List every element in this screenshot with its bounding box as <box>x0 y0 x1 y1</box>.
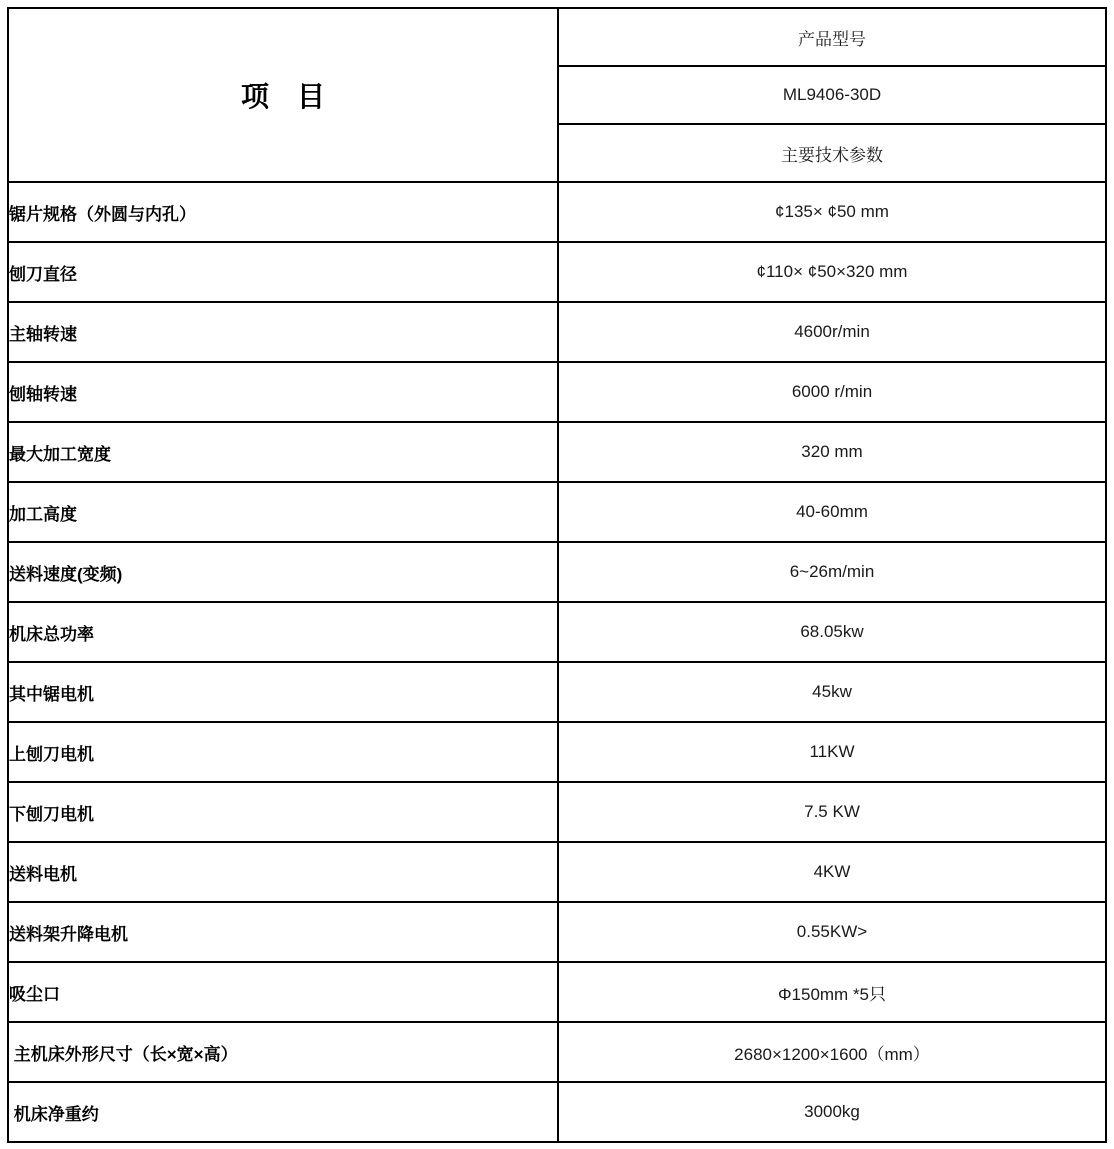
model-number-cell: ML9406-30D <box>558 66 1106 124</box>
table-row: 主轴转速 4600r/min <box>8 302 1106 362</box>
spec-table: 项 目 产品型号 ML9406-30D 主要技术参数 锯片规格（外圆与内孔） ¢… <box>7 7 1107 1143</box>
table-row: 加工高度 40-60mm <box>8 482 1106 542</box>
table-row: 刨轴转速 6000 r/min <box>8 362 1106 422</box>
row-value: 4KW <box>558 842 1106 902</box>
table-row: 锯片规格（外圆与内孔） ¢135× ¢50 mm <box>8 182 1106 242</box>
table-row: 主机床外形尺寸（长×宽×高） 2680×1200×1600（mm） <box>8 1022 1106 1082</box>
row-label: 机床总功率 <box>8 602 558 662</box>
row-value: 3000kg <box>558 1082 1106 1142</box>
row-label: 机床净重约 <box>8 1082 558 1142</box>
table-row: 机床净重约 3000kg <box>8 1082 1106 1142</box>
row-label: 主机床外形尺寸（长×宽×高） <box>8 1022 558 1082</box>
row-label: 刨刀直径 <box>8 242 558 302</box>
row-value: Φ150mm *5只 <box>558 962 1106 1022</box>
page: 项 目 产品型号 ML9406-30D 主要技术参数 锯片规格（外圆与内孔） ¢… <box>0 0 1114 1149</box>
row-label: 锯片规格（外圆与内孔） <box>8 182 558 242</box>
row-label: 吸尘口 <box>8 962 558 1022</box>
row-label: 刨轴转速 <box>8 362 558 422</box>
row-label: 送料速度(变频) <box>8 542 558 602</box>
row-value: 68.05kw <box>558 602 1106 662</box>
row-value: 7.5 KW <box>558 782 1106 842</box>
row-value: 4600r/min <box>558 302 1106 362</box>
table-row: 送料速度(变频) 6~26m/min <box>8 542 1106 602</box>
row-label: 送料架升降电机 <box>8 902 558 962</box>
row-value: 6000 r/min <box>558 362 1106 422</box>
row-value: 0.55KW> <box>558 902 1106 962</box>
table-row: 上刨刀电机 11KW <box>8 722 1106 782</box>
tech-params-header-cell: 主要技术参数 <box>558 124 1106 182</box>
table-row: 送料架升降电机 0.55KW> <box>8 902 1106 962</box>
table-row: 下刨刀电机 7.5 KW <box>8 782 1106 842</box>
row-label: 最大加工宽度 <box>8 422 558 482</box>
table-row: 机床总功率 68.05kw <box>8 602 1106 662</box>
row-label: 上刨刀电机 <box>8 722 558 782</box>
row-value: 40-60mm <box>558 482 1106 542</box>
row-label: 加工高度 <box>8 482 558 542</box>
row-label: 下刨刀电机 <box>8 782 558 842</box>
product-model-header-cell: 产品型号 <box>558 8 1106 66</box>
item-header-cell: 项 目 <box>8 8 558 182</box>
row-value: 11KW <box>558 722 1106 782</box>
row-value: ¢135× ¢50 mm <box>558 182 1106 242</box>
table-row: 其中锯电机 45kw <box>8 662 1106 722</box>
table-row: 最大加工宽度 320 mm <box>8 422 1106 482</box>
table-row: 吸尘口 Φ150mm *5只 <box>8 962 1106 1022</box>
row-value: 320 mm <box>558 422 1106 482</box>
table-row: 送料电机 4KW <box>8 842 1106 902</box>
row-label: 主轴转速 <box>8 302 558 362</box>
row-value: 2680×1200×1600（mm） <box>558 1022 1106 1082</box>
row-label: 送料电机 <box>8 842 558 902</box>
row-value: ¢110× ¢50×320 mm <box>558 242 1106 302</box>
row-value: 6~26m/min <box>558 542 1106 602</box>
row-value: 45kw <box>558 662 1106 722</box>
row-label: 其中锯电机 <box>8 662 558 722</box>
table-row: 刨刀直径 ¢110× ¢50×320 mm <box>8 242 1106 302</box>
